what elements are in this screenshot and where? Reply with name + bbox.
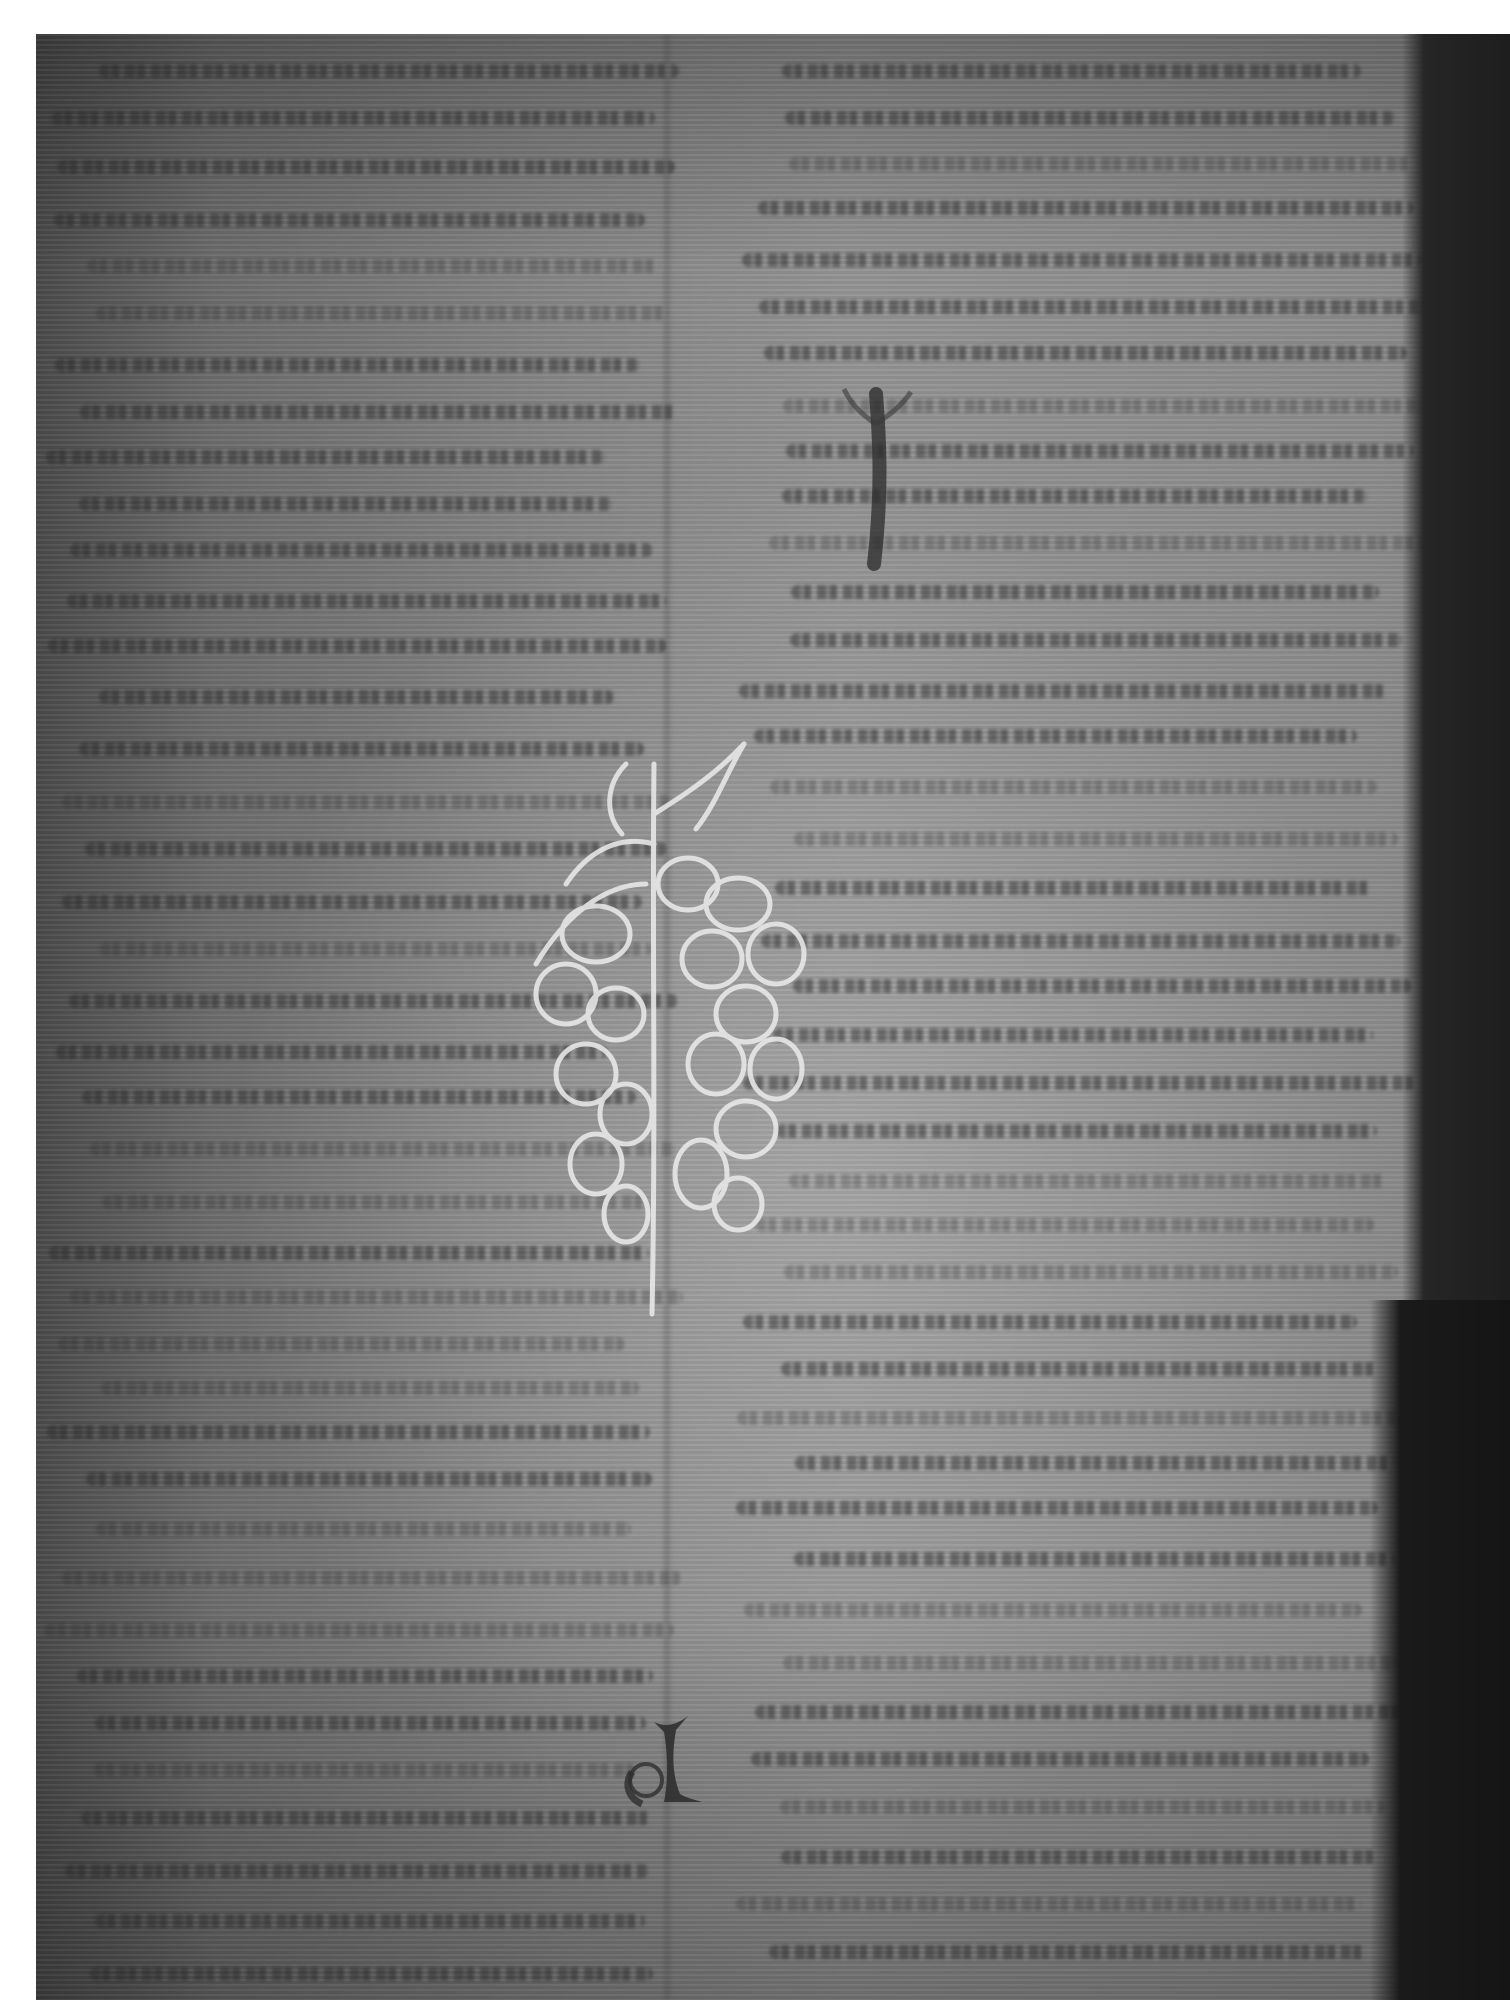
script-line <box>81 1811 652 1825</box>
script-line <box>47 1425 650 1439</box>
script-line <box>77 1669 653 1683</box>
script-line <box>80 405 678 419</box>
script-line <box>782 64 1361 78</box>
script-line <box>759 300 1434 314</box>
script-line <box>781 1362 1379 1376</box>
script-line <box>743 1315 1357 1329</box>
grape-cluster-motif <box>476 734 816 1334</box>
script-line <box>57 160 675 174</box>
script-line <box>52 111 655 125</box>
script-line <box>761 934 1400 948</box>
script-line <box>736 1501 1378 1515</box>
script-line <box>756 1218 1374 1232</box>
script-line <box>99 64 679 78</box>
script-line <box>764 346 1407 360</box>
script-line <box>775 881 1372 895</box>
script-line <box>55 358 640 372</box>
script-line <box>773 1028 1373 1042</box>
script-line <box>751 1752 1369 1766</box>
script-line <box>45 1623 674 1637</box>
script-line <box>87 259 660 273</box>
right-edge-shadow-lower <box>1370 1300 1510 2000</box>
script-line <box>783 1656 1398 1670</box>
script-line <box>742 253 1422 267</box>
script-line <box>48 639 667 653</box>
script-line <box>785 111 1395 125</box>
script-line <box>744 1603 1362 1617</box>
script-line <box>94 1763 636 1777</box>
script-line <box>758 201 1414 215</box>
script-line <box>96 306 669 320</box>
script-line <box>101 1381 639 1395</box>
script-line <box>795 1456 1394 1470</box>
script-line <box>789 157 1412 171</box>
script-line <box>789 1174 1386 1188</box>
script-line <box>737 1411 1421 1425</box>
script-line <box>754 729 1357 743</box>
script-line <box>96 1522 631 1536</box>
script-line <box>770 780 1377 794</box>
script-line <box>99 690 614 704</box>
script-line <box>793 979 1412 993</box>
script-line <box>86 1472 652 1486</box>
script-line <box>67 594 667 608</box>
script-line <box>790 633 1402 647</box>
script-line <box>739 684 1386 698</box>
script-line <box>46 450 605 464</box>
script-line <box>79 497 612 511</box>
script-line <box>90 1967 653 1981</box>
script-line <box>784 1265 1398 1279</box>
script-line <box>54 213 645 227</box>
script-line <box>794 1552 1395 1566</box>
text-column-right <box>736 44 1436 1990</box>
script-line <box>776 1124 1377 1138</box>
script-line <box>743 1076 1416 1090</box>
script-line <box>736 1897 1361 1911</box>
decorated-initial-I <box>606 1694 726 1814</box>
script-line <box>769 1945 1366 1959</box>
script-line <box>62 1571 682 1585</box>
script-line <box>780 1800 1385 1814</box>
script-line <box>65 1864 649 1878</box>
script-line <box>70 543 653 557</box>
ink-stroke-mark <box>836 384 916 574</box>
script-line <box>58 1337 625 1351</box>
script-line <box>95 1716 646 1730</box>
script-line <box>791 585 1379 599</box>
script-line <box>781 1850 1377 1864</box>
script-line <box>95 1914 645 1928</box>
manuscript-scan <box>36 34 1510 2000</box>
script-line <box>794 832 1398 846</box>
script-line <box>755 1705 1424 1719</box>
